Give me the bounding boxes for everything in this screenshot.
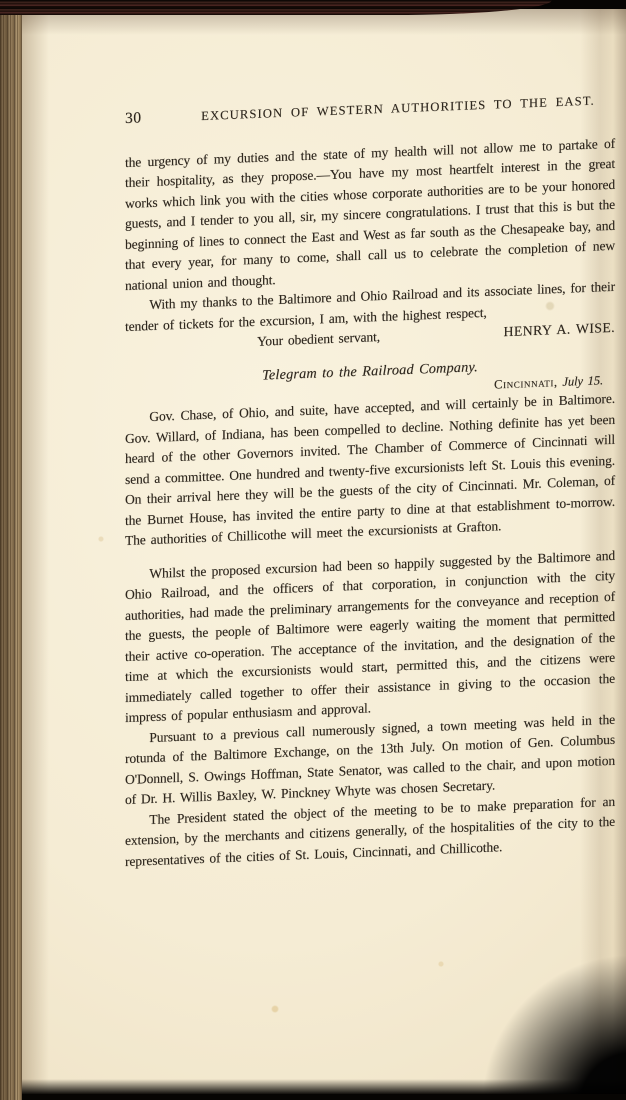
running-title: EXCURSION OF WESTERN AUTHORITIES TO THE … <box>181 90 615 128</box>
dateline-place: Cincinnati, <box>494 375 558 392</box>
page-content: 30 EXCURSION OF WESTERN AUTHORITIES TO T… <box>125 90 615 872</box>
narrative-paragraph: Whilst the proposed excursion had been s… <box>125 545 615 728</box>
letter-signature: HENRY A. WISE. <box>503 318 615 343</box>
dateline-date: July 15. <box>562 373 603 389</box>
page-number: 30 <box>125 107 181 130</box>
letter-salutation: Your obedient servant, <box>257 327 380 352</box>
telegram-body-paragraph: Gov. Chase, of Ohio, and suite, have acc… <box>125 389 615 552</box>
book-page: 30 EXCURSION OF WESTERN AUTHORITIES TO T… <box>13 9 626 1094</box>
letter-body-paragraph: the urgency of my duties and the state o… <box>125 133 615 296</box>
running-header: 30 EXCURSION OF WESTERN AUTHORITIES TO T… <box>125 90 615 130</box>
book-top-cover-edge <box>0 0 552 15</box>
book-spine-page-edges <box>0 6 22 1100</box>
book-scan: 30 EXCURSION OF WESTERN AUTHORITIES TO T… <box>0 0 626 1100</box>
